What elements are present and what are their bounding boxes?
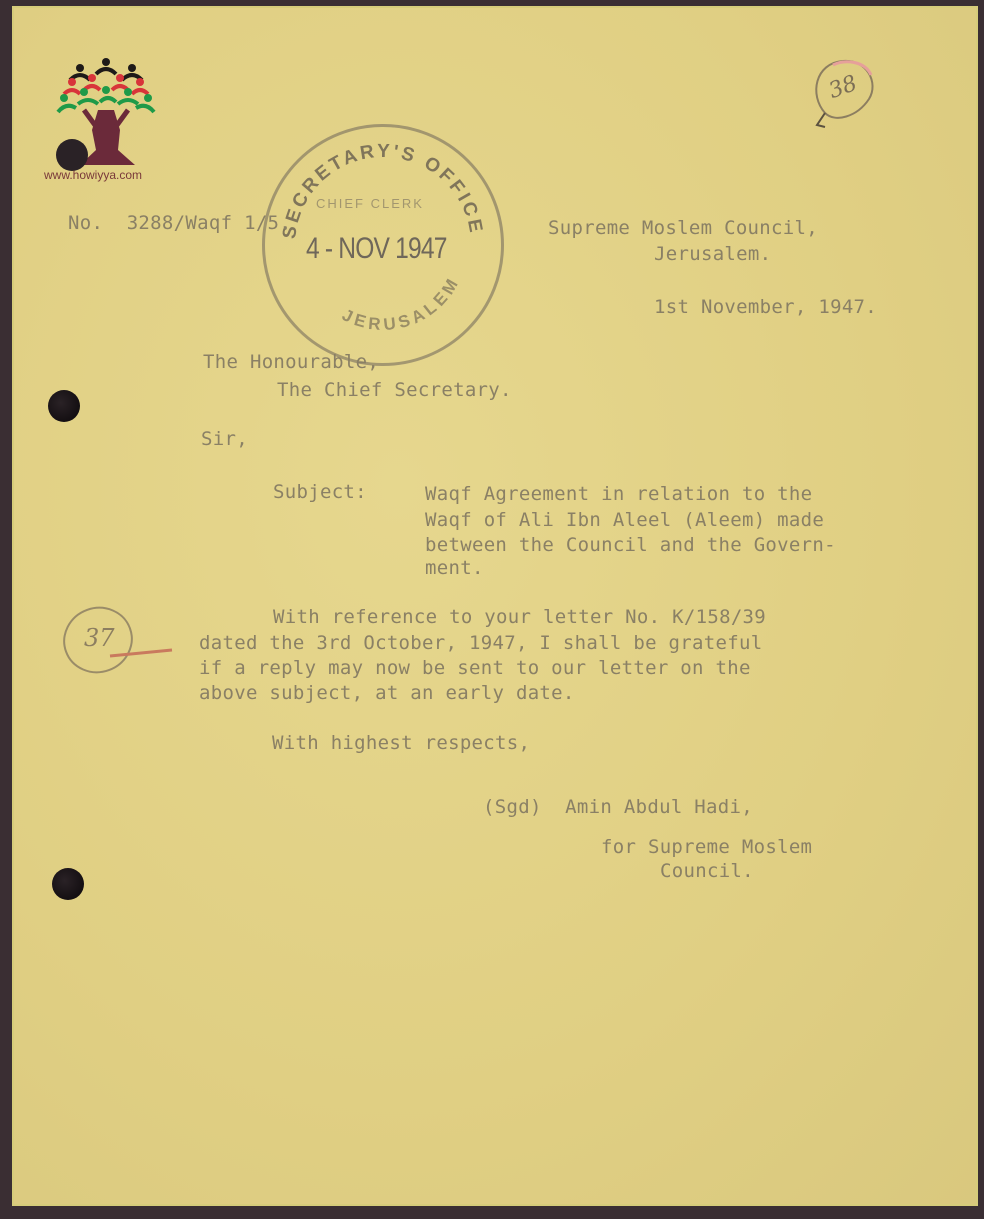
signature-role: Council. (660, 862, 754, 881)
sender-name: Supreme Moslem Council, (548, 219, 818, 238)
punch-hole-bottom (52, 868, 84, 900)
stamp-top-text: SECRETARY'S OFFICE (279, 141, 487, 240)
stamp-bottom-text: JERUSALEM (339, 272, 464, 334)
addressee-title: The Honourable, (203, 353, 379, 372)
subject-line: Waqf Agreement in relation to the (425, 485, 812, 504)
body-line: above subject, at an early date. (199, 684, 575, 703)
subject-line: between the Council and the Govern- (425, 536, 836, 555)
body-line: if a reply may now be sent to our letter… (199, 659, 751, 678)
signature-role: for Supreme Moslem (601, 838, 812, 857)
sender-city: Jerusalem. (654, 245, 771, 264)
salutation: Sir, (201, 430, 248, 449)
stamp-date: 4 - NOV 1947 (306, 232, 447, 266)
body-line: With reference to your letter No. K/158/… (273, 608, 766, 627)
svg-text:SECRETARY'S OFFICE: SECRETARY'S OFFICE (279, 141, 487, 240)
body-line: dated the 3rd October, 1947, I shall be … (199, 634, 762, 653)
folio-annotation-37: 37 (60, 602, 180, 682)
addressee-name: The Chief Secretary. (277, 381, 512, 400)
closing: With highest respects, (272, 734, 530, 753)
svg-text:JERUSALEM: JERUSALEM (339, 272, 464, 334)
folio-number: 37 (84, 624, 115, 652)
letter-date: 1st November, 1947. (654, 298, 877, 317)
stamp-inner-text: CHIEF CLERK (316, 196, 424, 211)
watermark-url: www.howiyya.com (44, 168, 142, 182)
folio-annotation-38: 38 (805, 55, 875, 135)
subject-line: ment. (425, 559, 484, 578)
signature: (Sgd) Amin Abdul Hadi, (483, 798, 753, 817)
subject-line: Waqf of Ali Ibn Aleel (Aleem) made (425, 511, 824, 530)
reference-number: No. 3288/Waqf 1/5. (68, 214, 291, 233)
subject-label: Subject: (273, 483, 367, 502)
punch-hole-top (48, 390, 80, 422)
